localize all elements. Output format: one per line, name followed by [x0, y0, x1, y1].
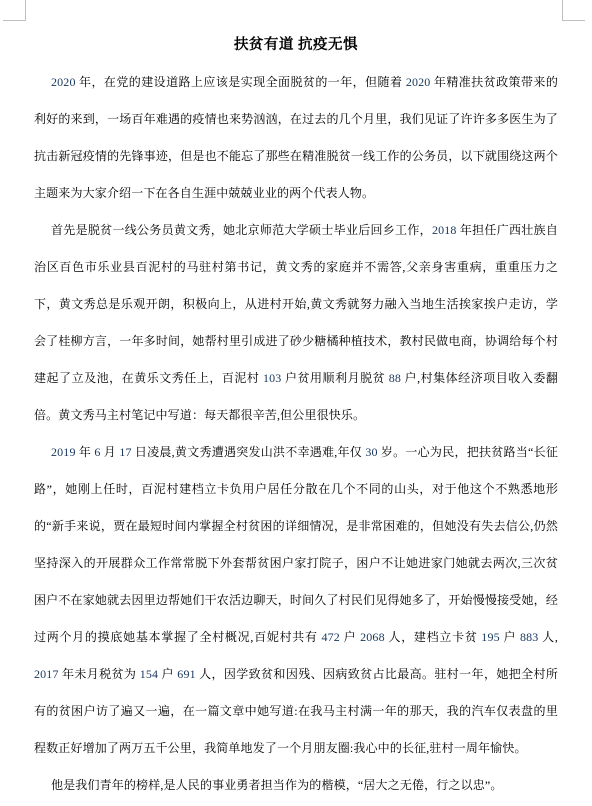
number-run: 883 — [520, 630, 538, 644]
document-body[interactable]: 扶贫有道 抗疫无惧 2020 年，在党的建设道路上应该是实现全面脱贫的一年，但随… — [34, 27, 558, 804]
text-boundary-mark-top-right — [562, 0, 585, 21]
paragraph: 首先是脱贫一线公务员黄文秀，她北京师范大学硕士毕业后回乡工作，2018 年担任广… — [34, 212, 558, 434]
text-run: 年 — [76, 445, 95, 459]
text-run: 年担任广西壮族自治区百色市乐业县百泥村的马驻村第书记，黄文秀的家庭并不需答,父亲… — [34, 223, 558, 385]
text-run: 户贫用顺利月脱贫 — [281, 371, 388, 385]
text-run: 户 — [158, 667, 177, 681]
text-boundary-mark-top-left — [3, 0, 26, 21]
text-run: 年，在党的建设道路上应该是实现全面脱贫的一年，但随着 — [76, 75, 406, 89]
text-run: 岁。一心为民，把扶贫路当“长征路”，她刚上任时，百泥村建档立卡负用户居任分散在几… — [34, 445, 558, 644]
number-run: 103 — [263, 371, 281, 385]
document-paragraphs[interactable]: 2020 年，在党的建设道路上应该是实现全面脱贫的一年，但随着 2020 年精准… — [34, 64, 558, 804]
number-run: 2068 — [360, 630, 385, 644]
paragraph: 他是我们青年的榜样,是人民的事业勇者担当作为的楷模，“居大之无倦，行之以忠”。 — [34, 767, 558, 804]
number-run: 2020 — [51, 75, 76, 89]
number-run: 2018 — [432, 223, 457, 237]
text-run: 人, — [538, 630, 558, 644]
number-run: 88 — [389, 371, 401, 385]
text-run: 年未月税贫为 — [59, 667, 140, 681]
document-page: 扶贫有道 抗疫无惧 2020 年，在党的建设道路上应该是实现全面脱贫的一年，但随… — [0, 0, 592, 806]
paragraph: 2019 年 6 月 17 日凌晨,黄文秀遭遇突发山洪不幸遇难,年仅 30 岁。… — [34, 434, 558, 767]
number-run: 691 — [177, 667, 195, 681]
text-run: 日凌晨,黄文秀遭遇突发山洪不幸遇难,年仅 — [132, 445, 366, 459]
text-run: 人，建档立卡贫 — [385, 630, 482, 644]
text-run: 户 — [500, 630, 520, 644]
number-run: 2019 — [51, 445, 76, 459]
text-run: 月 — [101, 445, 120, 459]
number-run: 195 — [481, 630, 499, 644]
text-run: 首先是脱贫一线公务员黄文秀，她北京师范大学硕士毕业后回乡工作， — [51, 223, 432, 237]
document-title: 扶贫有道 抗疫无惧 — [34, 27, 558, 64]
number-run: 30 — [365, 445, 377, 459]
number-run: 2017 — [34, 667, 59, 681]
text-run: 他是我们青年的榜样,是人民的事业勇者担当作为的楷模，“居大之无倦，行之以忠”。 — [51, 778, 503, 792]
paragraph: 2020 年，在党的建设道路上应该是实现全面脱贫的一年，但随着 2020 年精准… — [34, 64, 558, 212]
text-run: 年精准扶贫政策带来的利好的来到，一场百年难遇的疫情也来势汹汹，在过去的几个月里，… — [34, 75, 558, 200]
number-run: 2020 — [406, 75, 431, 89]
text-run: 户 — [340, 630, 360, 644]
number-run: 17 — [119, 445, 131, 459]
number-run: 472 — [321, 630, 339, 644]
number-run: 154 — [140, 667, 158, 681]
